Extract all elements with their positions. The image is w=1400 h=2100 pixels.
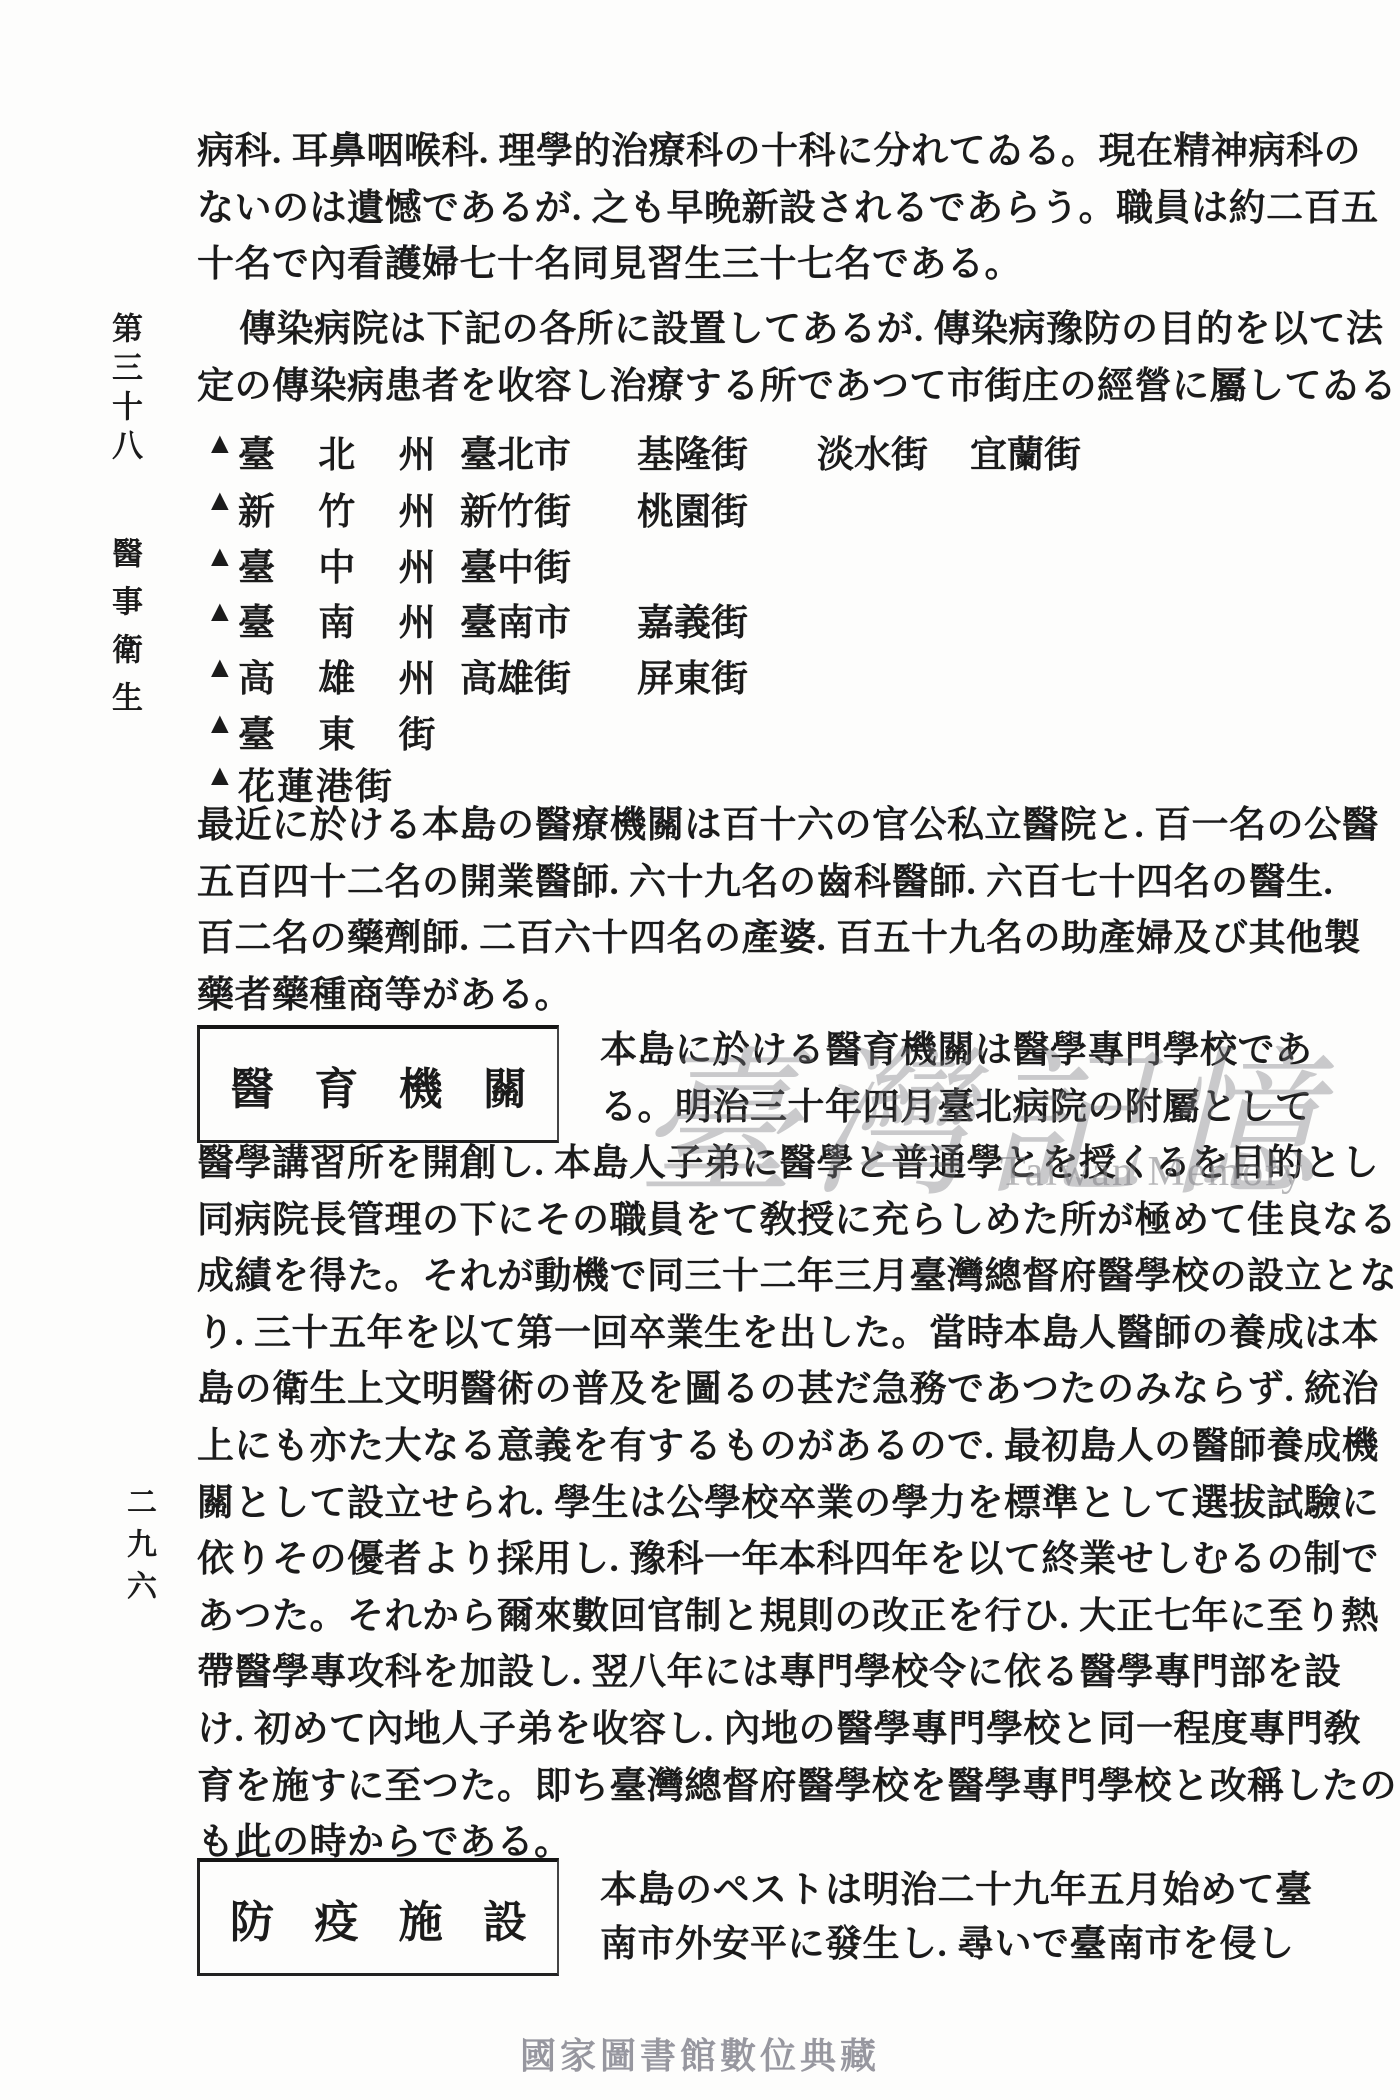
text-line: 成績を得た。それが動機で同三十二年三月臺灣總督府醫學校の設立とな: [197, 1249, 1337, 1306]
prefecture-name: 臺 中 州: [238, 537, 453, 591]
place-name: 屏東街: [637, 648, 748, 702]
prefecture-name: 高 雄 州: [238, 648, 453, 702]
prefecture-name: 新 竹 州: [238, 481, 453, 535]
triangle-marker-icon: ▲: [205, 540, 235, 574]
heading-char: 機: [399, 1053, 443, 1117]
triangle-marker-icon: ▲: [205, 484, 235, 518]
place-name: 桃園街: [637, 481, 748, 535]
prefecture-name: 臺 南 州: [238, 592, 453, 646]
place-name: 基隆街: [637, 424, 748, 478]
list-item: ▲ 新 竹 州 新竹街 桃園街: [0, 481, 1400, 533]
text-line: 上にも亦た大なる意義を有するものがあるので. 最初島人の醫師養成機: [197, 1419, 1337, 1476]
list-item: ▲ 臺 北 州 臺北市 基隆街 淡水街 宜蘭街: [0, 424, 1400, 476]
section-heading-box-medical-education: 醫 育 機 關: [197, 1025, 559, 1143]
triangle-marker-icon: ▲: [205, 651, 235, 685]
text-line: 依りその優者より採用し. 豫科一年本科四年を以て終業せしむるの制で: [197, 1532, 1337, 1589]
paragraph-education-body: 醫學講習所を開創し. 本島人子弟に醫學と普通學とを授くるを目的とし 同病院長管理…: [197, 1136, 1337, 1872]
text-line: 傳染病院は下記の各所に設置してあるが. 傳染病豫防の目的を以て法: [197, 302, 1337, 359]
text-line: 島の衛生上文明醫術の普及を圖るの甚だ急務であつたのみならず. 統治: [197, 1362, 1337, 1419]
list-item: ▲ 臺 東 街: [0, 704, 1400, 756]
heading-char: 育: [314, 1053, 358, 1117]
text-line: ないのは遺憾であるが. 之も早晩新設されるであらう。職員は約二百五: [197, 181, 1337, 238]
text-line: 南市外安平に發生し. 尋いで臺南市を侵し: [600, 1918, 1360, 1972]
triangle-marker-icon: ▲: [205, 595, 235, 629]
place-name: 高雄街: [460, 648, 571, 702]
text-line: 育を施すに至つた。即ち臺灣總督府醫學校を醫學專門學校と改稱したの: [197, 1759, 1337, 1816]
text-line: 病科. 耳鼻咽喉科. 理學的治療科の十科に分れてゐる。現在精神病科の: [197, 124, 1337, 181]
paragraph-hospital-staff: 病科. 耳鼻咽喉科. 理學的治療科の十科に分れてゐる。現在精神病科の ないのは遺…: [197, 124, 1337, 294]
triangle-marker-icon: ▲: [205, 759, 235, 793]
triangle-marker-icon: ▲: [205, 427, 235, 461]
text-line: 五百四十二名の開業醫師. 六十九名の齒科醫師. 六百七十四名の醫生.: [197, 855, 1337, 912]
text-line: 百二名の藥劑師. 二百六十四名の產婆. 百五十九名の助產婦及び其他製: [197, 911, 1337, 968]
list-item: ▲ 臺 中 州 臺中街: [0, 537, 1400, 589]
prefecture-name: 臺 東 街: [238, 704, 453, 758]
place-name: 宜蘭街: [970, 424, 1081, 478]
place-name: 臺南市: [460, 592, 571, 646]
text-line: 最近に於ける本島の醫療機關は百十六の官公私立醫院と. 百一名の公醫: [197, 798, 1337, 855]
heading-char: 防: [230, 1886, 274, 1950]
paragraph-epidemic-intro: 本島のペストは明治二十九年五月始めて臺 南市外安平に發生し. 尋いで臺南市を侵し: [600, 1864, 1360, 1972]
page-number: 二九六: [116, 1486, 160, 1612]
heading-char: 施: [399, 1886, 443, 1950]
text-line: け. 初めて內地人子弟を收容し. 內地の醫學專門學校と同一程度專門敎: [197, 1702, 1337, 1759]
text-line: あつた。それから爾來數回官制と規則の改正を行ひ. 大正七年に至り熱: [197, 1589, 1337, 1646]
prefecture-name: 臺 北 州: [238, 424, 453, 478]
heading-char: 疫: [314, 1886, 358, 1950]
text-line: 帶醫學專攻科を加設し. 翌八年には專門學校令に依る醫學專門部を設: [197, 1645, 1337, 1702]
heading-char: 關: [483, 1053, 527, 1117]
watermark-taiwan-memory-latin: Taiwan Memory: [1000, 1148, 1304, 1196]
section-heading-box-epidemic-prevention: 防 疫 施 設: [197, 1858, 559, 1976]
text-line: 十名で內看護婦七十名同見習生三十七名である。: [197, 237, 1337, 294]
text-line: 定の傳染病患者を收容し治療する所であつて市街庄の經營に屬してゐる: [197, 359, 1337, 416]
place-name: 新竹街: [460, 481, 571, 535]
triangle-marker-icon: ▲: [205, 707, 235, 741]
scanned-document-page: 第三十八 醫事衛生 二九六 病科. 耳鼻咽喉科. 理學的治療科の十科に分れてゐる…: [0, 0, 1400, 2100]
text-line: 本島のペストは明治二十九年五月始めて臺: [600, 1864, 1360, 1918]
place-name: 臺中街: [460, 537, 571, 591]
text-line: 關として設立せられ. 學生は公學校卒業の學力を標準として選拔試驗に: [197, 1476, 1337, 1533]
heading-char: 醫: [230, 1053, 274, 1117]
paragraph-infectious-hospitals: 傳染病院は下記の各所に設置してあるが. 傳染病豫防の目的を以て法 定の傳染病患者…: [197, 302, 1337, 415]
paragraph-medical-statistics: 最近に於ける本島の醫療機關は百十六の官公私立醫院と. 百一名の公醫 五百四十二名…: [197, 798, 1337, 1024]
place-name: 淡水街: [817, 424, 928, 478]
list-item: ▲ 高 雄 州 高雄街 屏東街: [0, 648, 1400, 700]
place-name: 嘉義街: [637, 592, 748, 646]
footer-library-credit: 國家圖書館數位典藏: [520, 2028, 880, 2079]
list-item: ▲ 臺 南 州 臺南市 嘉義街: [0, 592, 1400, 644]
place-name: 臺北市: [460, 424, 571, 478]
text-line: り. 三十五年を以て第一回卒業生を出した。當時本島人醫師の養成は本: [197, 1306, 1337, 1363]
heading-char: 設: [483, 1886, 527, 1950]
